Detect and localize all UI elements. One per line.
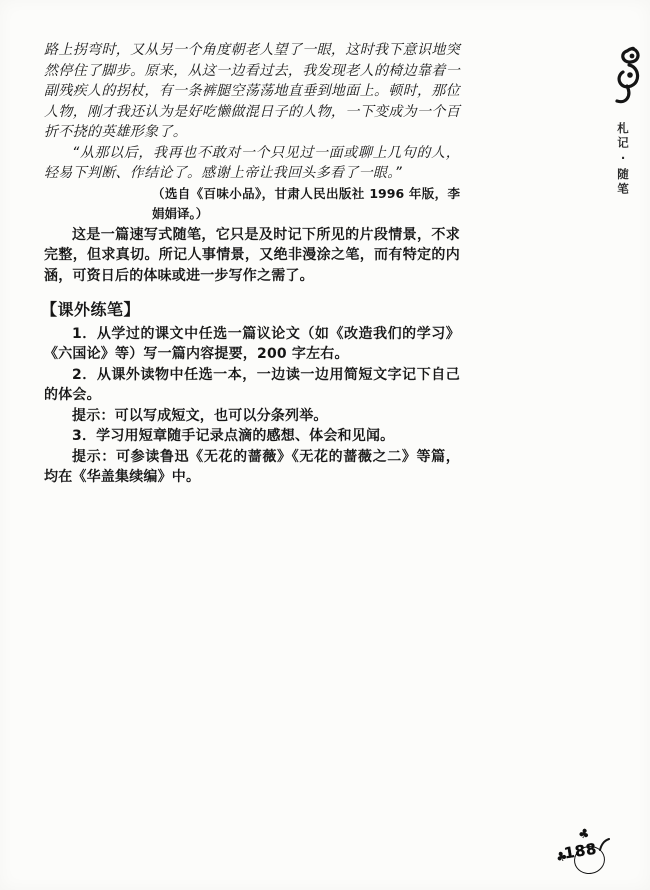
leaf-stem-icon bbox=[598, 838, 610, 852]
commentary-paragraph: 这是一篇速写式随笔，它只是及时记下所见的片段情景，不求完整，但求真切。所记人事情… bbox=[44, 225, 460, 287]
page-number-ornament: ♣ ♣ 188 bbox=[554, 826, 620, 882]
source-attribution: （选自《百味小品》，甘肃人民出版社 1996 年版，李娟娟译。） bbox=[152, 184, 460, 225]
text-column: 路上拐弯时，又从另一个角度朝老人望了一眼，这时我下意识地突然停住了脚步。原来，从… bbox=[44, 40, 460, 488]
exercise-item-3: 3．学习用短章随手记录点滴的感想、体会和见闻。 bbox=[44, 426, 460, 447]
chapter-margin-label: 札记·随笔 bbox=[615, 122, 631, 197]
exercise-item-2: 2．从课外读物中任选一本，一边读一边用简短文字记下自己的体会。 bbox=[44, 365, 460, 406]
essay-quote-paragraph: “从那以后，我再也不敢对一个只见过一面或聊上几句的人，轻易下判断、作结论了。感谢… bbox=[44, 143, 460, 184]
exercise-hint-2: 提示：可参读鲁迅《无花的蔷薇》《无花的蔷薇之二》等篇，均在《华盖集续编》中。 bbox=[44, 447, 460, 488]
exercise-hint-1: 提示：可以写成短文，也可以分条列举。 bbox=[44, 406, 460, 427]
flourish-ornament-icon bbox=[608, 44, 642, 108]
essay-paragraph: 路上拐弯时，又从另一个角度朝老人望了一眼，这时我下意识地突然停住了脚步。原来，从… bbox=[44, 40, 460, 143]
exercise-item-1: 1．从学过的课文中任选一篇议论文（如《改造我们的学习》《六国论》等）写一篇内容提… bbox=[44, 324, 460, 365]
book-page: 札记·随笔 路上拐弯时，又从另一个角度朝老人望了一眼，这时我下意识地突然停住了脚… bbox=[0, 0, 650, 890]
section-heading: 【课外练笔】 bbox=[41, 300, 460, 321]
